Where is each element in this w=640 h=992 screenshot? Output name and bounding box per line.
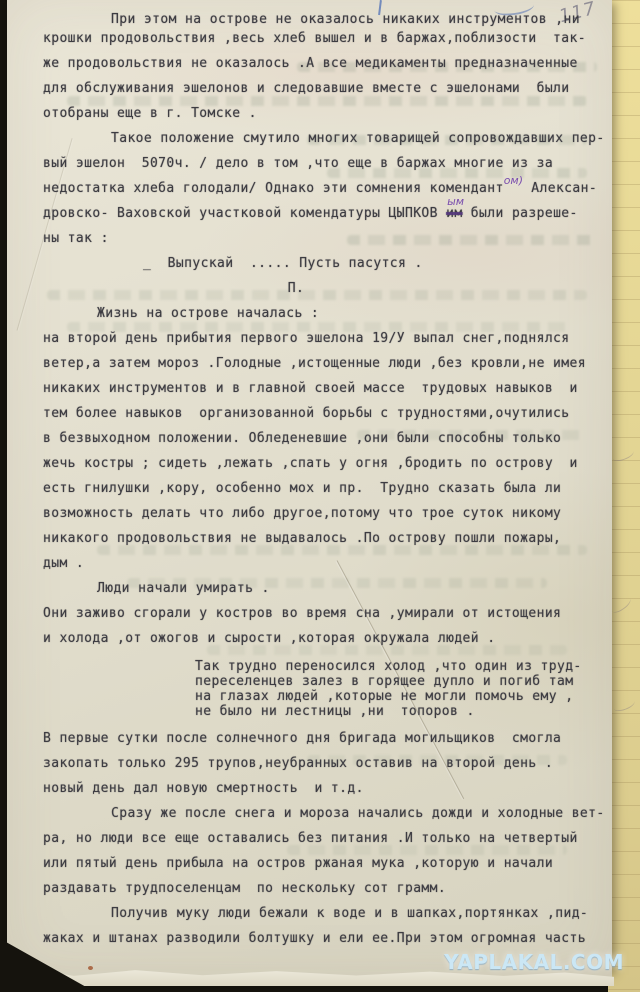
typed-line: в безвыходном положении. Обледеневшие ,о… bbox=[43, 431, 619, 447]
typed-line: и холода ,от ожогов и сырости ,которая о… bbox=[43, 631, 619, 647]
typed-line: переселенцев залез в горящее дупло и пог… bbox=[195, 674, 619, 689]
typed-line: отобраны еще в г. Томске . bbox=[43, 106, 619, 122]
typed-line: никакого продовольствия не выдавалось .П… bbox=[43, 531, 619, 547]
typed-line: возможность делать что либо другое,потом… bbox=[43, 506, 619, 522]
typed-line: П. bbox=[43, 281, 619, 297]
typed-line: Получив муку люди бежали к воде и в шапк… bbox=[43, 906, 619, 922]
typed-line: Жизнь на острове началась : bbox=[43, 306, 619, 322]
typed-line: Так трудно переносился холод ,что один и… bbox=[195, 659, 619, 674]
typed-line: Они заживо сгорали у костров во время сн… bbox=[43, 606, 619, 622]
handwritten-insertion: ом) bbox=[504, 174, 523, 187]
typed-line: на глазах людей ,которые не могли помочь… bbox=[195, 689, 619, 704]
typed-line: жаках и штанах разводили болтушку и ели … bbox=[43, 931, 619, 947]
typed-line: тем более навыков организованной борьбы … bbox=[43, 406, 619, 422]
typed-line: для обслуживания эшелонов и следовавшие … bbox=[43, 81, 619, 97]
typed-line: дым . bbox=[43, 556, 619, 572]
typed-line: Такое положение смутило многих товарищей… bbox=[43, 131, 619, 147]
typed-text: При этом на острове не оказалось никаких… bbox=[43, 8, 619, 947]
typed-line: жечь костры ; сидеть ,лежать ,спать у ог… bbox=[43, 456, 619, 472]
typed-line: крошки продовольствия ,весь хлеб вышел и… bbox=[43, 31, 619, 47]
typed-line: ветер,а затем мороз .Голодные ,истощенны… bbox=[43, 356, 619, 372]
rust-speck bbox=[88, 966, 93, 970]
typed-text-part: Алексан- bbox=[523, 181, 597, 196]
scanned-document-photo: { "document": { "page_number": "117", "w… bbox=[0, 0, 640, 992]
typed-line: закопать только 295 трупов,неубранных ос… bbox=[43, 756, 619, 772]
typed-text-part: были разреше- bbox=[463, 206, 578, 221]
handwritten-correction: ым bbox=[447, 194, 464, 210]
typed-line: недостатка хлеба голодали/ Однако эти со… bbox=[43, 181, 619, 197]
typed-text-part: недостатка хлеба голодали/ Однако эти со… bbox=[43, 181, 504, 196]
typed-line: При этом на острове не оказалось никаких… bbox=[43, 12, 619, 28]
typed-line: _ Выпускай ..... Пусть пасутся . bbox=[43, 256, 619, 272]
typed-line: раздавать трудпоселенцам по нескольку со… bbox=[43, 881, 619, 897]
corrected-word: имым bbox=[446, 206, 462, 222]
typed-line: дровско- Ваховской участковой комендатур… bbox=[43, 206, 619, 222]
typed-line: ра, но люди все еще оставались без питан… bbox=[43, 831, 619, 847]
typed-line: Люди начали умирать . bbox=[43, 581, 619, 597]
typed-line: на второй день прибытия первого эшелона … bbox=[43, 331, 619, 347]
typed-line: Сразу же после снега и мороза начались д… bbox=[43, 806, 619, 822]
typed-line: есть гнилушки ,кору, особенно мох и пр. … bbox=[43, 481, 619, 497]
typed-text-part: дровско- Ваховской участковой комендатур… bbox=[43, 206, 446, 221]
paper-sheet: 117 При этом на острове не оказалось ник… bbox=[7, 0, 612, 978]
typed-line: ны так : bbox=[43, 231, 619, 247]
typed-line: не было ни лестницы ,ни топоров . bbox=[195, 704, 619, 719]
typed-line: никаких инструментов и в главной своей м… bbox=[43, 381, 619, 397]
watermark: YAPLAKAL.COM bbox=[444, 950, 624, 974]
typed-line: новый день дал новую смертность и т.д. bbox=[43, 781, 619, 797]
typed-line: или пятый день прибыла на остров ржаная … bbox=[43, 856, 619, 872]
typed-line: вый эшелон 5070ч. / дело в том ,что еще … bbox=[43, 156, 619, 172]
typed-line: же продовольствия не оказалось .А все ме… bbox=[43, 56, 619, 72]
typed-line: В первые сутки после солнечного дня бриг… bbox=[43, 731, 619, 747]
